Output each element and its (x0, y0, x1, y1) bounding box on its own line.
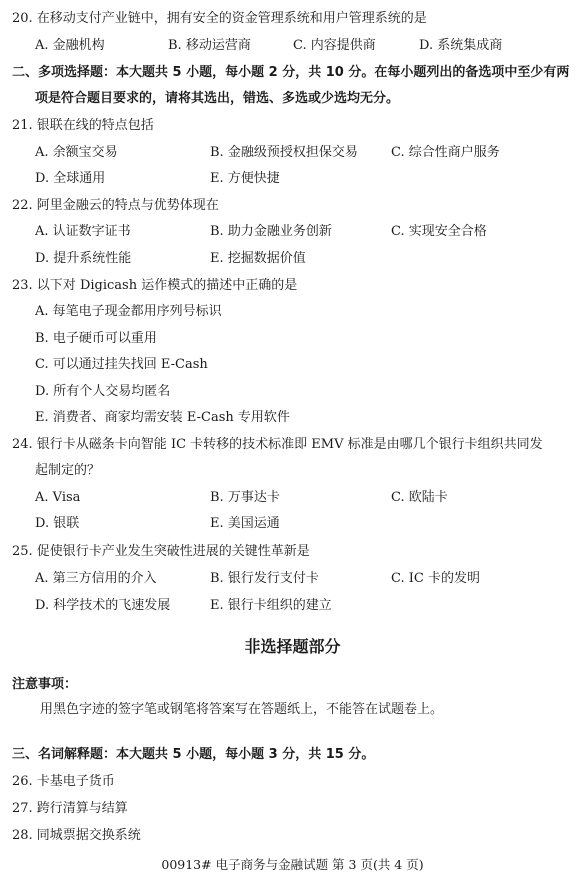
notice-title: 注意事项： (12, 675, 77, 695)
option-d: D. 所有个人交易均匿名 (35, 382, 170, 402)
option-a: A. 认证数字证书 (35, 222, 131, 242)
option-a: A. 余额宝交易 (35, 143, 118, 163)
part-heading-non-choice: 非选择题部分 (0, 636, 585, 658)
question-28: 28. 同城票据交换系统 (12, 826, 141, 846)
option-e: E. 消费者、商家均需安装 E-Cash 专用软件 (35, 408, 290, 428)
question-20-stem: 20. 在移动支付产业链中，拥有安全的资金管理系统和用户管理系统的是 (12, 9, 427, 29)
option-a: A. Visa (35, 488, 80, 508)
question-22-stem: 22. 阿里金融云的特点与优势体现在 (12, 196, 219, 216)
option-a: A. 金融机构 (35, 36, 105, 56)
option-b: B. 金融级预授权担保交易 (210, 143, 358, 163)
page-footer: 00913# 电子商务与金融试题 第 3 页(共 4 页) (0, 856, 585, 874)
question-21-stem: 21. 银联在线的特点包括 (12, 116, 154, 136)
option-d: D. 银联 (35, 514, 79, 534)
section-2-instructions-line1: 二、多项选择题：本大题共 5 小题，每小题 2 分，共 10 分。在每小题列出的… (12, 63, 569, 83)
option-a: A. 第三方信用的介入 (35, 569, 157, 589)
option-a: A. 每笔电子现金都用序列号标识 (35, 302, 222, 322)
question-26: 26. 卡基电子货币 (12, 772, 115, 792)
option-e: E. 美国运通 (210, 514, 280, 534)
option-d: D. 全球通用 (35, 169, 105, 189)
option-e: E. 方便快捷 (210, 169, 280, 189)
question-23-stem: 23. 以下对 Digicash 运作模式的描述中正确的是 (12, 276, 297, 296)
section-2-instructions-line2: 项是符合题目要求的，请将其选出，错选、多选或少选均无分。 (35, 89, 399, 109)
option-c: C. IC 卡的发明 (391, 569, 480, 589)
question-27: 27. 跨行清算与结算 (12, 799, 128, 819)
option-d: D. 科学技术的飞速发展 (35, 596, 170, 616)
question-24-stem-line2: 起制定的？ (35, 461, 100, 481)
option-c: C. 内容提供商 (293, 36, 376, 56)
option-e: E. 挖掘数据价值 (210, 249, 306, 269)
option-b: B. 助力金融业务创新 (210, 222, 332, 242)
option-e: E. 银行卡组织的建立 (210, 596, 332, 616)
option-b: B. 万事达卡 (210, 488, 280, 508)
option-c: C. 综合性商户服务 (391, 143, 500, 163)
question-25-stem: 25. 促使银行卡产业发生突破性进展的关键性革新是 (12, 542, 310, 562)
option-b: B. 银行发行支付卡 (210, 569, 319, 589)
option-d: D. 提升系统性能 (35, 249, 131, 269)
notice-text: 用黑色字迹的签字笔或钢笔将答案写在答题纸上，不能答在试题卷上。 (40, 700, 443, 720)
section-3-heading: 三、名词解释题：本大题共 5 小题，每小题 3 分，共 15 分。 (12, 745, 374, 765)
option-b: B. 电子硬币可以重用 (35, 329, 157, 349)
question-24-stem-line1: 24. 银行卡从磁条卡向智能 IC 卡转移的技术标准即 EMV 标准是由哪几个银… (12, 435, 543, 455)
option-c: C. 实现安全合格 (391, 222, 487, 242)
option-d: D. 系统集成商 (419, 36, 502, 56)
option-b: B. 移动运营商 (168, 36, 251, 56)
option-c: C. 欧陆卡 (391, 488, 448, 508)
option-c: C. 可以通过挂失找回 E-Cash (35, 355, 208, 375)
